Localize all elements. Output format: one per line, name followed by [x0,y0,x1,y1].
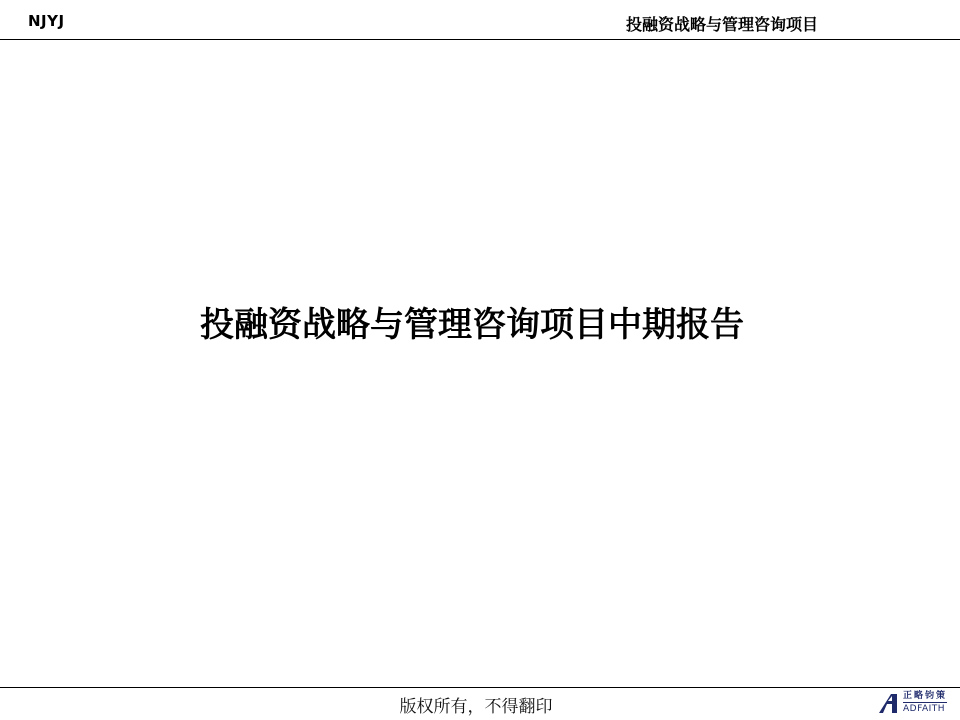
logo-chinese-name: 正略钧策 [903,692,947,703]
header-divider [0,39,960,40]
copyright-notice: 版权所有，不得翻印 [0,692,952,717]
logo-english-name: ADFAITH [903,705,947,714]
header-code-label: NJYJ [28,12,65,30]
page-title: 投融资战略与管理咨询项目中期报告 [0,297,944,346]
company-logo: 正略钧策 ADFAITH [877,690,957,716]
logo-mark-icon [877,692,899,714]
footer-divider [0,687,960,688]
header-project-title: 投融资战略与管理咨询项目 [626,12,818,35]
